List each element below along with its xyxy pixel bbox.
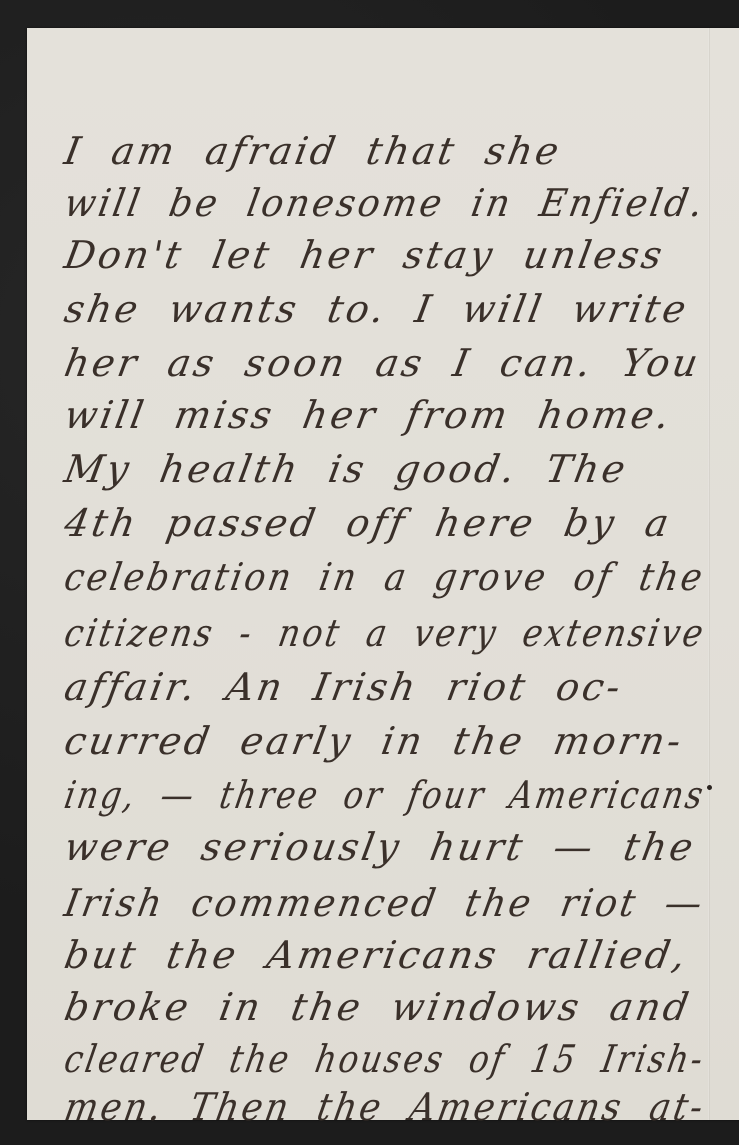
text-line: Don't let her stay unless: [62, 236, 668, 274]
text-line: curred early in the morn-: [62, 722, 687, 760]
text-line: but the Americans rallied,: [62, 936, 692, 974]
text-line: celebration in a grove of the: [62, 558, 708, 596]
text-line: her as soon as I can. You: [62, 344, 704, 382]
text-line: 4th passed off here by a: [62, 504, 675, 542]
text-line: will be lonesome in Enfield.: [62, 184, 709, 222]
text-line: she wants to. I will write: [62, 290, 692, 328]
text-line: ing, — three or four Americans: [62, 776, 709, 814]
text-line: citizens - not a very extensive: [62, 614, 709, 652]
text-line: men. Then the Americans at-: [62, 1088, 709, 1126]
text-line: I am afraid that she: [62, 132, 565, 170]
text-line: Irish commenced the riot —: [62, 884, 708, 922]
text-line: affair. An Irish riot oc-: [62, 668, 626, 706]
text-line: will miss her from home.: [62, 396, 675, 434]
letter-page: I am afraid that she will be lonesome in…: [27, 28, 739, 1120]
text-line: My health is good. The: [62, 450, 631, 488]
text-line: cleared the houses of 15 Irish-: [62, 1040, 708, 1078]
handwritten-text: I am afraid that she will be lonesome in…: [27, 28, 739, 1120]
text-line: broke in the windows and: [62, 988, 695, 1026]
text-line: were seriously hurt — the: [62, 828, 699, 866]
